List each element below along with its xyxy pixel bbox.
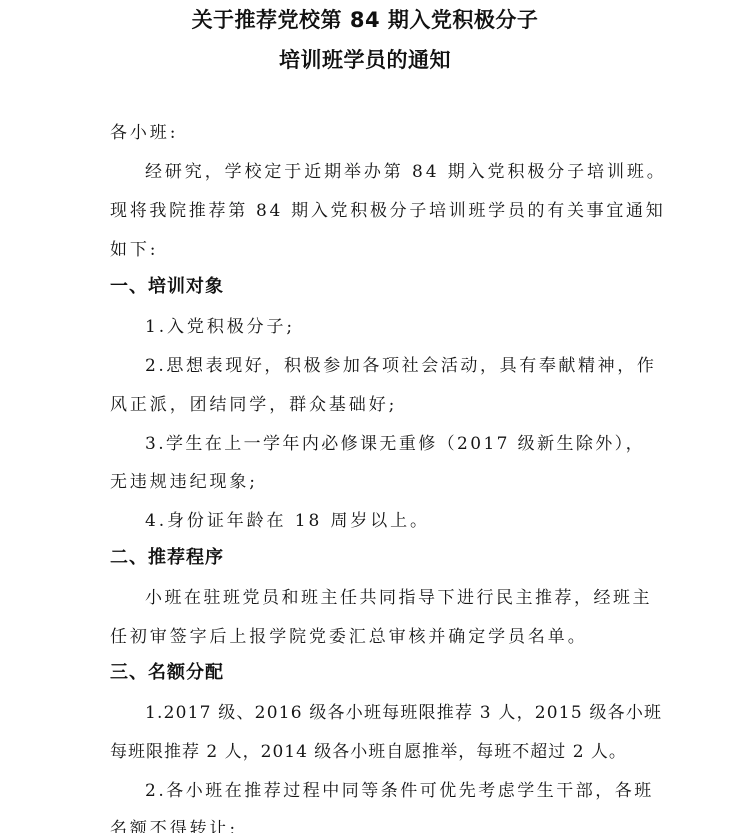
salutation: 各小班: [110, 122, 620, 144]
document-title-line-1: 关于推荐党校第 84 期入党积极分子 [0, 4, 730, 34]
section-3-item-1-line-1: 1.2017 级、2016 级各小班每班限推荐 3 人，2015 级各小班 [145, 702, 620, 724]
section-3-item-2-line-1: 2.各小班在推荐过程中同等条件可优先考虑学生干部，各班 [145, 780, 620, 802]
section-1-item-3-line-2: 无违规违纪现象; [110, 471, 620, 493]
section-1-item-2-line-1: 2.思想表现好，积极参加各项社会活动，具有奉献精神，作 [145, 355, 620, 377]
section-1-heading: 一、培训对象 [110, 276, 224, 298]
document-page: 关于推荐党校第 84 期入党积极分子 培训班学员的通知 各小班: 经研究，学校定… [0, 0, 730, 833]
section-2-paragraph-line-2: 任初审签字后上报学院党委汇总审核并确定学员名单。 [110, 626, 620, 648]
section-1-item-4: 4.身份证年龄在 18 周岁以上。 [145, 510, 620, 532]
intro-line-2: 现将我院推荐第 84 期入党积极分子培训班学员的有关事宜通知 [110, 200, 620, 222]
intro-line-3: 如下: [110, 239, 620, 261]
section-2-paragraph-line-1: 小班在驻班党员和班主任共同指导下进行民主推荐，经班主 [145, 587, 620, 609]
document-title-line-2: 培训班学员的通知 [0, 44, 730, 74]
section-3-item-1-line-2: 每班限推荐 2 人，2014 级各小班自愿推举，每班不超过 2 人。 [110, 741, 620, 763]
section-3-item-2-line-2: 名额不得转让; [110, 818, 620, 833]
section-1-item-3-line-1: 3.学生在上一学年内必修课无重修（2017 级新生除外）， [145, 433, 620, 455]
section-1-item-1: 1.入党积极分子; [145, 316, 620, 338]
section-1-item-2-line-2: 风正派，团结同学，群众基础好; [110, 394, 620, 416]
section-3-heading: 三、名额分配 [110, 662, 224, 684]
section-2-heading: 二、推荐程序 [110, 547, 224, 569]
intro-line-1: 经研究，学校定于近期举办第 84 期入党积极分子培训班。 [145, 161, 620, 183]
